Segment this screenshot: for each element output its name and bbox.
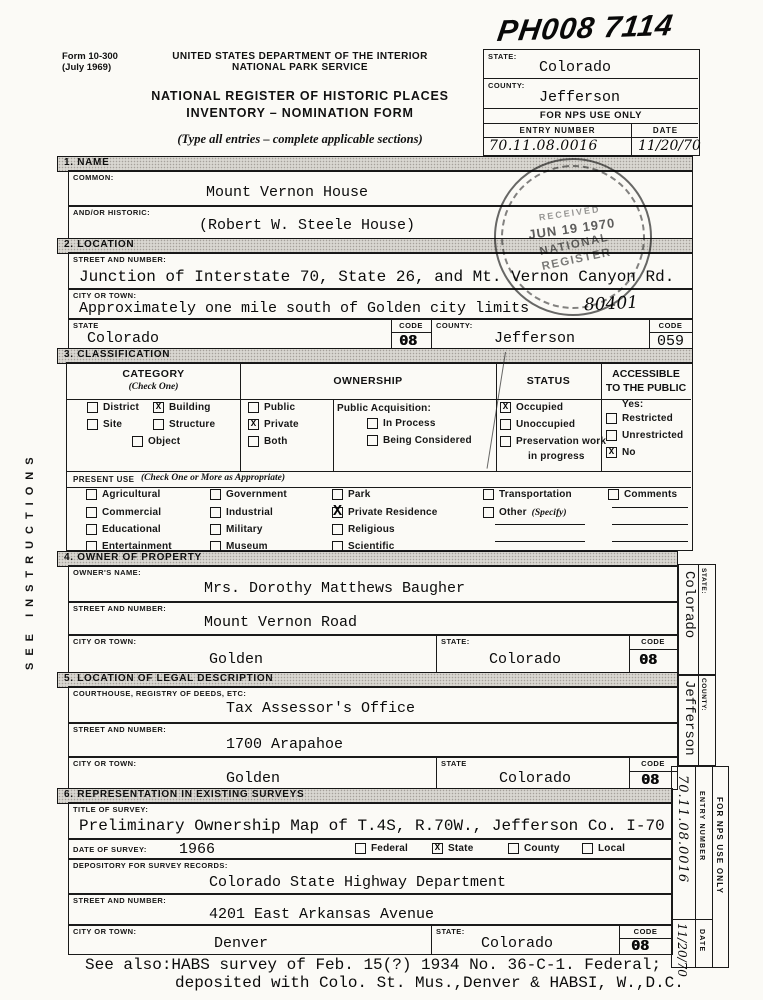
form-revision: (July 1969) — [62, 62, 111, 73]
checkbox-both: Both — [248, 436, 288, 447]
divider — [436, 635, 437, 673]
see-also-line2: deposited with Colo. St. Mus.,Denver & H… — [175, 974, 684, 992]
checkbox-box — [483, 489, 494, 500]
state-label: STATE — [73, 321, 99, 330]
divider — [695, 767, 696, 967]
blank-line — [612, 524, 688, 525]
checkbox-box — [500, 419, 511, 430]
checkbox-commercial: Commercial — [86, 507, 161, 518]
divider — [698, 565, 699, 675]
nps-use-only-label: FOR NPS USE ONLY — [484, 110, 698, 121]
historic-name-value: (Robert W. Steele House) — [199, 217, 415, 234]
survey-title-row: TITLE OF SURVEY: Preliminary Ownership M… — [68, 802, 673, 840]
checkbox-label: Structure — [169, 419, 215, 430]
blank-line — [612, 507, 688, 508]
checkbox-in-process: In Process — [367, 418, 436, 429]
checkbox-label: Restricted — [622, 413, 673, 424]
sidebar-state-box: STATE: Colorado — [678, 564, 716, 676]
checkbox-label: Educational — [102, 524, 161, 535]
checkbox-label: No — [622, 447, 636, 458]
survey-state-code: 08 — [631, 938, 649, 955]
checkbox-local: Local — [582, 843, 625, 854]
owner-city-value: Golden — [209, 651, 263, 668]
checkbox-restricted: Restricted — [606, 413, 673, 424]
checkbox-label: Private Residence — [348, 507, 438, 518]
state-value: Colorado — [539, 59, 611, 76]
checkbox-box — [210, 507, 221, 518]
county-label: COUNTY: — [488, 81, 525, 90]
checkbox-label: Government — [226, 489, 287, 500]
checkbox-site: Site — [87, 419, 122, 430]
state-county-row: STATE Colorado CODE 08 COUNTY: Jefferson… — [68, 318, 693, 350]
checkbox-box — [153, 419, 164, 430]
checkbox-agricultural: Agricultural — [86, 489, 161, 500]
owner-name-value: Mrs. Dorothy Matthews Baugher — [204, 580, 465, 597]
courthouse-row: COURTHOUSE, REGISTRY OF DEEDS, ETC: Tax … — [68, 686, 678, 724]
owner-street-row: STREET AND NUMBER: Mount Vernon Road — [68, 601, 678, 636]
nps-use-box: STATE: Colorado COUNTY: Jefferson FOR NP… — [483, 49, 700, 156]
divider — [631, 123, 632, 155]
form-title-line1: NATIONAL REGISTER OF HISTORIC PLACES — [90, 89, 510, 103]
city-label: CITY OR TOWN: — [73, 291, 137, 300]
ownership-title: OWNERSHIP — [240, 375, 496, 387]
checkbox-label: Park — [348, 489, 371, 500]
checkbox-label: Building — [169, 402, 211, 413]
type-instruction: (Type all entries – complete applicable … — [90, 132, 510, 147]
owner-state-code: 08 — [639, 652, 657, 669]
checkbox-box: X — [500, 402, 511, 413]
divider — [67, 487, 691, 488]
checkbox-label: Military — [226, 524, 263, 535]
date-label: DATE — [633, 126, 698, 135]
city-label: CITY OR TOWN: — [73, 927, 137, 936]
checkbox-box — [483, 507, 494, 518]
checkbox-building: X Building — [153, 402, 211, 413]
present-use-note: (Check One or More as Appropriate) — [141, 473, 285, 483]
checkbox-county: County — [508, 843, 560, 854]
checkbox-federal: Federal — [355, 843, 408, 854]
sidebar-state-value: Colorado — [681, 571, 697, 638]
entry-number-value: 70.11.08.0016 — [489, 138, 598, 154]
checkbox-private: X Private — [248, 419, 299, 430]
legal-state-code: 08 — [641, 772, 659, 789]
checkbox-label: Occupied — [516, 402, 563, 413]
checkbox-occupied: X Occupied — [500, 402, 563, 413]
checkbox-box: X — [432, 843, 443, 854]
checkbox-box: X — [332, 507, 343, 518]
form-title-line2: INVENTORY – NOMINATION FORM — [90, 106, 510, 120]
divider — [67, 399, 691, 400]
checkbox-label: Private — [264, 419, 299, 430]
status-title: STATUS — [496, 375, 601, 387]
city-label: CITY OR TOWN: — [73, 759, 137, 768]
checkbox-other: Other (Specify) — [483, 507, 567, 518]
department-name: UNITED STATES DEPARTMENT OF THE INTERIOR — [130, 51, 470, 62]
checkbox-no: X No — [606, 447, 636, 458]
checkbox-box — [608, 489, 619, 500]
checkbox-box — [87, 402, 98, 413]
sidebar-entry-number-label: ENTRY NUMBER — [698, 791, 705, 861]
checkbox-box — [367, 418, 378, 429]
checkbox-box — [86, 507, 97, 518]
checkbox-box — [86, 524, 97, 535]
sidebar-county-box: COUNTY: Jefferson — [678, 674, 716, 766]
checkbox-box — [606, 413, 617, 424]
checkbox-box — [500, 436, 511, 447]
owner-name-row: OWNER'S NAME: Mrs. Dorothy Matthews Baug… — [68, 565, 678, 603]
checkbox-being-considered: Being Considered — [367, 435, 472, 446]
historic-label: AND/OR HISTORIC: — [73, 208, 150, 217]
checkbox-label: Federal — [371, 843, 408, 854]
checkbox-label: District — [103, 402, 139, 413]
depository-value: Colorado State Highway Department — [209, 874, 506, 891]
checkbox-label: Object — [148, 436, 180, 447]
sidebar-county-value: Jefferson — [681, 680, 697, 756]
checkbox-label: In Process — [383, 418, 436, 429]
survey-date-label: DATE OF SURVEY: — [73, 845, 147, 854]
checkbox-label: Public — [264, 402, 295, 413]
code-label: CODE — [629, 759, 677, 768]
divider — [431, 925, 432, 954]
checkbox-label: County — [524, 843, 560, 854]
checkbox-object: Object — [132, 436, 180, 447]
divider — [431, 319, 432, 349]
checkbox-label: Other — [499, 507, 527, 518]
checkbox-structure: Structure — [153, 419, 215, 430]
checkbox-educational: Educational — [86, 524, 161, 535]
legal-street-row: STREET AND NUMBER: 1700 Arapahoe — [68, 722, 678, 758]
checkbox-label: Commercial — [102, 507, 161, 518]
courthouse-label: COURTHOUSE, REGISTRY OF DEEDS, ETC: — [73, 689, 246, 698]
sidebar-state-label: STATE: — [700, 568, 707, 594]
divider — [484, 78, 698, 79]
checkbox-label: Unrestricted — [622, 430, 683, 441]
street-label: STREET AND NUMBER: — [73, 896, 166, 905]
code-label: CODE — [391, 321, 431, 330]
accessible-title-line2: TO THE PUBLIC — [601, 382, 691, 394]
state-label: STATE: — [441, 637, 470, 646]
sidebar-nps-use-label: FOR NPS USE ONLY — [715, 797, 724, 894]
checkbox-label: Comments — [624, 489, 677, 500]
divider — [629, 649, 677, 650]
divider — [436, 757, 437, 789]
checkbox-box — [87, 419, 98, 430]
survey-date-value: 1966 — [179, 841, 215, 858]
checkbox-label: Local — [598, 843, 625, 854]
see-instructions-note: SEE INSTRUCTIONS — [24, 360, 36, 670]
owner-name-label: OWNER'S NAME: — [73, 568, 141, 577]
survey-street-value: 4201 East Arkansas Avenue — [209, 906, 434, 923]
checkbox-box — [508, 843, 519, 854]
sidebar-nps-box: 70.11.08.0016 ENTRY NUMBER FOR NPS USE O… — [671, 766, 729, 968]
county-value: Jefferson — [539, 89, 620, 106]
code-label: CODE — [629, 637, 677, 646]
checkbox-box — [86, 489, 97, 500]
category-subtitle: (Check One) — [67, 382, 240, 392]
sidebar-entry-number-value: 70.11.08.0016 — [675, 775, 690, 883]
street-label: STREET AND NUMBER: — [73, 725, 166, 734]
checkbox-preservation-work: Preservation work — [500, 436, 606, 447]
survey-title-value: Preliminary Ownership Map of T.4S, R.70W… — [79, 817, 665, 835]
sidebar-date-value: 11/20/70 — [675, 923, 689, 977]
divider — [333, 399, 334, 471]
present-use-label: PRESENT USE — [73, 475, 134, 484]
common-label: COMMON: — [73, 173, 114, 182]
checkbox-box — [132, 436, 143, 447]
owner-state-value: Colorado — [489, 651, 561, 668]
common-name-value: Mount Vernon House — [206, 184, 368, 201]
checkbox-label: Preservation work — [516, 436, 606, 447]
date-value: 11/20/70 — [638, 138, 701, 154]
accessible-yes-label: Yes: — [622, 399, 643, 410]
checkbox-box — [248, 402, 259, 413]
form-number: Form 10-300 — [62, 51, 118, 62]
checkbox-label: Being Considered — [383, 435, 472, 446]
courthouse-value: Tax Assessor's Office — [226, 700, 415, 717]
checkbox-state: X State — [432, 843, 473, 854]
checkbox-box — [248, 436, 259, 447]
city-label: CITY OR TOWN: — [73, 637, 137, 646]
checkbox-park: Park — [332, 489, 371, 500]
sidebar-date-label: DATE — [698, 929, 705, 952]
sidebar-county-label: COUNTY: — [700, 678, 707, 711]
street-label: STREET AND NUMBER: — [73, 604, 166, 613]
city-value: Approximately one mile south of Golden c… — [79, 300, 529, 317]
survey-state-value: Colorado — [481, 935, 553, 952]
survey-title-label: TITLE OF SURVEY: — [73, 805, 148, 814]
depository-row: DEPOSITORY FOR SURVEY RECORDS: Colorado … — [68, 858, 673, 895]
blank-line — [612, 541, 688, 542]
checkbox-box — [332, 524, 343, 535]
checkbox-box — [606, 430, 617, 441]
blank-line — [495, 524, 585, 525]
checkbox-public: Public — [248, 402, 295, 413]
divider — [712, 767, 713, 967]
checkbox-unoccupied: Unoccupied — [500, 419, 575, 430]
entry-number-label: ENTRY NUMBER — [484, 126, 631, 135]
county-value: Jefferson — [494, 330, 575, 347]
checkbox-box — [367, 435, 378, 446]
state-value: Colorado — [87, 330, 159, 347]
divider — [672, 919, 712, 920]
checkbox-label: Religious — [348, 524, 395, 535]
checkbox-transportation: Transportation — [483, 489, 572, 500]
checkbox-box — [210, 524, 221, 535]
checkbox-industrial: Industrial — [210, 507, 273, 518]
checkbox-box: X — [248, 419, 259, 430]
legal-state-value: Colorado — [499, 770, 571, 787]
state-label: STATE: — [488, 52, 517, 61]
survey-street-row: STREET AND NUMBER: 4201 East Arkansas Av… — [68, 893, 673, 926]
public-acquisition-label: Public Acquisition: — [337, 403, 431, 414]
survey-city-row: CITY OR TOWN: Denver STATE: Colorado COD… — [68, 924, 673, 955]
street-label: STREET AND NUMBER: — [73, 255, 166, 264]
depository-label: DEPOSITORY FOR SURVEY RECORDS: — [73, 861, 228, 870]
legal-city-value: Golden — [226, 770, 280, 787]
survey-city-value: Denver — [214, 935, 268, 952]
classification-table: CATEGORY (Check One) OWNERSHIP STATUS AC… — [66, 362, 693, 551]
legal-city-row: CITY OR TOWN: Golden STATE Colorado CODE… — [68, 756, 678, 790]
legal-street-value: 1700 Arapahoe — [226, 736, 343, 753]
checkbox-unrestricted: Unrestricted — [606, 430, 683, 441]
state-label: STATE — [441, 759, 467, 768]
checkbox-label: State — [448, 843, 473, 854]
checkbox-box — [332, 489, 343, 500]
divider — [484, 123, 698, 124]
agency-name: NATIONAL PARK SERVICE — [130, 62, 470, 73]
checkbox-private-residence: X Private Residence — [332, 507, 438, 518]
checkbox-label: Transportation — [499, 489, 572, 500]
other-specify-note: (Specify) — [532, 508, 567, 518]
checkbox-box: X — [153, 402, 164, 413]
divider — [67, 471, 691, 472]
checkbox-military: Military — [210, 524, 263, 535]
county-label: COUNTY: — [436, 321, 473, 330]
checkbox-government: Government — [210, 489, 287, 500]
owner-street-value: Mount Vernon Road — [204, 614, 357, 631]
code-label: CODE — [619, 927, 672, 936]
checkbox-label: Unoccupied — [516, 419, 575, 430]
checkbox-box: X — [606, 447, 617, 458]
preservation-work-line2: in progress — [528, 451, 585, 462]
handwritten-accession-number: PH008 7114 — [495, 9, 675, 49]
divider — [484, 108, 698, 109]
scanned-form-page: PH008 7114 Form 10-300 (July 1969) UNITE… — [0, 0, 763, 1000]
checkbox-comments: Comments — [608, 489, 677, 500]
accessible-title-line1: ACCESSIBLE — [601, 368, 691, 380]
checkbox-religious: Religious — [332, 524, 395, 535]
see-also-line1: See also:HABS survey of Feb. 15(?) 1934 … — [85, 956, 661, 974]
checkbox-district: District — [87, 402, 139, 413]
checkbox-box — [355, 843, 366, 854]
checkbox-box — [210, 489, 221, 500]
divider — [698, 675, 699, 765]
owner-city-row: CITY OR TOWN: Golden STATE: Colorado COD… — [68, 634, 678, 674]
checkbox-label: Industrial — [226, 507, 273, 518]
state-label: STATE: — [436, 927, 465, 936]
blank-line — [495, 541, 585, 542]
checkbox-label: Both — [264, 436, 288, 447]
category-title: CATEGORY — [67, 368, 240, 380]
code-label: CODE — [649, 321, 692, 330]
checkbox-label: Agricultural — [102, 489, 161, 500]
checkbox-label: Site — [103, 419, 122, 430]
checkbox-box — [582, 843, 593, 854]
